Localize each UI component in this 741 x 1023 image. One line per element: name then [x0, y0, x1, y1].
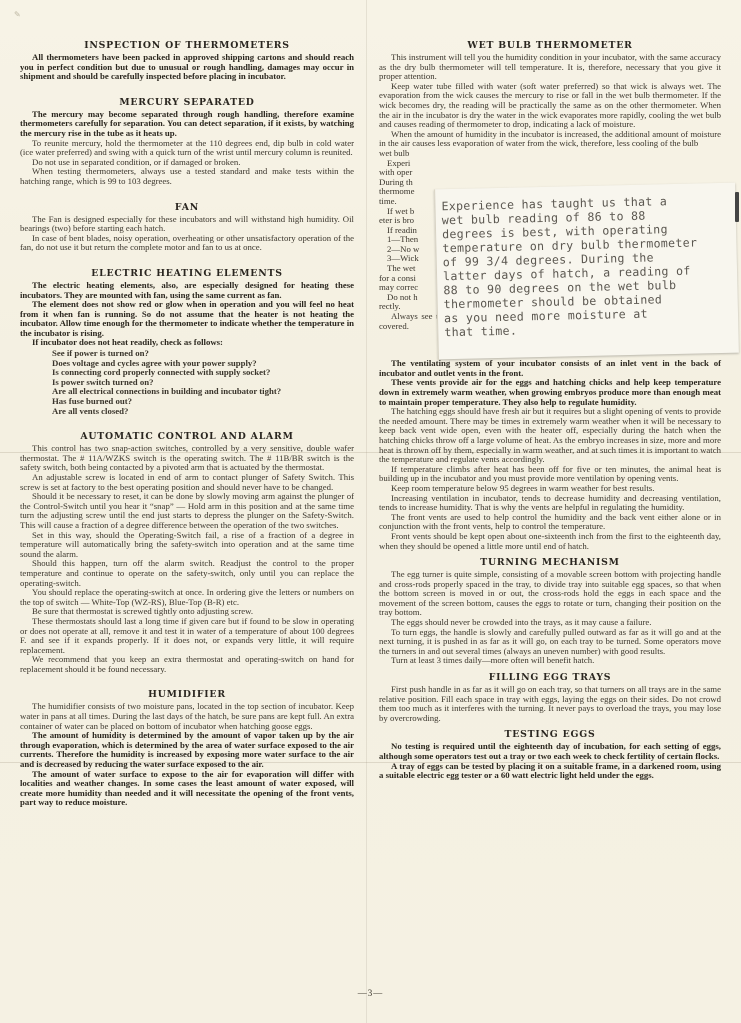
paper-clip-mark: [735, 192, 739, 222]
section-turning-mechanism: TURNING MECHANISM The egg turner is quit…: [379, 557, 721, 666]
paragraph: Should it be necessary to reset, it can …: [20, 492, 354, 530]
left-column: INSPECTION OF THERMOMETERS All thermomet…: [20, 40, 354, 823]
paragraph: A tray of eggs can be tested by placing …: [379, 762, 721, 781]
obscured-text-block: wet bulb Experi with oper During th ther…: [379, 149, 439, 312]
paragraph: If temperature climbs after heat has bee…: [379, 465, 721, 484]
section-title: TESTING EGGS: [379, 729, 721, 740]
paragraph: The ventilating system of your incubator…: [379, 359, 721, 378]
section-title: AUTOMATIC CONTROL AND ALARM: [20, 431, 354, 442]
page-number: —3—: [0, 988, 741, 998]
section-title: INSPECTION OF THERMOMETERS: [20, 40, 354, 51]
section-title: FAN: [20, 202, 354, 213]
corner-mark: ✎: [14, 10, 21, 19]
paragraph: The amount of water surface to expose to…: [20, 770, 354, 808]
paragraph: The electric heating elements, also, are…: [20, 281, 354, 300]
typed-note-text: Experience has taught us that a wet bulb…: [441, 193, 734, 340]
paragraph: The egg turner is quite simple, consisti…: [379, 570, 721, 618]
paper-fold-line: [366, 0, 367, 1023]
paragraph: The front vents are used to help control…: [379, 513, 721, 532]
paragraph: In case of bent blades, noisy operation,…: [20, 234, 354, 253]
section-filling-egg-trays: FILLING EGG TRAYS First push handle in a…: [379, 672, 721, 723]
paragraph: When testing thermometers, always use a …: [20, 167, 354, 186]
paragraph: Set in this way, should the Operating-Sw…: [20, 531, 354, 560]
paragraph: If incubator does not heat readily, chec…: [20, 338, 354, 348]
paragraph: We recommend that you keep an extra ther…: [20, 655, 354, 674]
paragraph: To reunite mercury, hold the thermometer…: [20, 139, 354, 158]
section-title: FILLING EGG TRAYS: [379, 672, 721, 683]
section-humidifier: HUMIDIFIER The humidifier consists of tw…: [20, 689, 354, 808]
paragraph: Front vents should be kept open about on…: [379, 532, 721, 551]
section-title: WET BULB THERMOMETER: [379, 40, 721, 51]
paragraph: The element does not show red or glow wh…: [20, 300, 354, 338]
paragraph: To turn eggs, the handle is slowly and c…: [379, 628, 721, 657]
section-vents: VENTS The ventilating system of your inc…: [379, 346, 721, 551]
section-automatic-control-alarm: AUTOMATIC CONTROL AND ALARM This control…: [20, 431, 354, 674]
section-inspection: INSPECTION OF THERMOMETERS All thermomet…: [20, 40, 354, 82]
paragraph: The mercury may become separated through…: [20, 110, 354, 139]
section-title: TURNING MECHANISM: [379, 557, 721, 568]
paragraph: The humidifier consists of two moisture …: [20, 702, 354, 731]
paragraph: Should this happen, turn off the alarm s…: [20, 559, 354, 588]
checklist-item: Are all vents closed?: [52, 407, 354, 417]
paragraph: Turn at least 3 times daily—more often w…: [379, 656, 721, 666]
section-title: HUMIDIFIER: [20, 689, 354, 700]
paragraph: You should replace the operating-switch …: [20, 588, 354, 607]
document-page: ✎ INSPECTION OF THERMOMETERS All thermom…: [0, 0, 741, 1023]
paragraph: No testing is required until the eightee…: [379, 742, 721, 761]
section-title: MERCURY SEPARATED: [20, 97, 354, 108]
paragraph: The amount of humidity is determined by …: [20, 731, 354, 769]
paragraph: When the amount of humidity in the incub…: [379, 130, 721, 149]
checklist: See if power is turned on? Does voltage …: [52, 349, 354, 416]
paragraph: First push handle in as far as it will g…: [379, 685, 721, 723]
paragraph: These vents provide air for the eggs and…: [379, 378, 721, 407]
section-mercury-separated: MERCURY SEPARATED The mercury may become…: [20, 97, 354, 187]
paragraph: Keep water tube filled with water (soft …: [379, 82, 721, 130]
typed-note-overlay: Experience has taught us that a wet bulb…: [434, 183, 739, 360]
paragraph: An adjustable screw is located in end of…: [20, 473, 354, 492]
paragraph: All thermometers have been packed in app…: [20, 53, 354, 82]
section-testing-eggs: TESTING EGGS No testing is required unti…: [379, 729, 721, 780]
paragraph: This instrument will tell you the humidi…: [379, 53, 721, 82]
section-electric-heating-elements: ELECTRIC HEATING ELEMENTS The electric h…: [20, 268, 354, 416]
paragraph: The Fan is designed especially for these…: [20, 215, 354, 234]
paragraph: These thermostats should last a long tim…: [20, 617, 354, 655]
right-column: WET BULB THERMOMETER This instrument wil…: [379, 40, 721, 796]
section-title: ELECTRIC HEATING ELEMENTS: [20, 268, 354, 279]
section-fan: FAN The Fan is designed especially for t…: [20, 202, 354, 253]
paragraph: Increasing ventilation in incubator, ten…: [379, 494, 721, 513]
paragraph: This control has two snap-action switche…: [20, 444, 354, 473]
paragraph: The hatching eggs should have fresh air …: [379, 407, 721, 465]
